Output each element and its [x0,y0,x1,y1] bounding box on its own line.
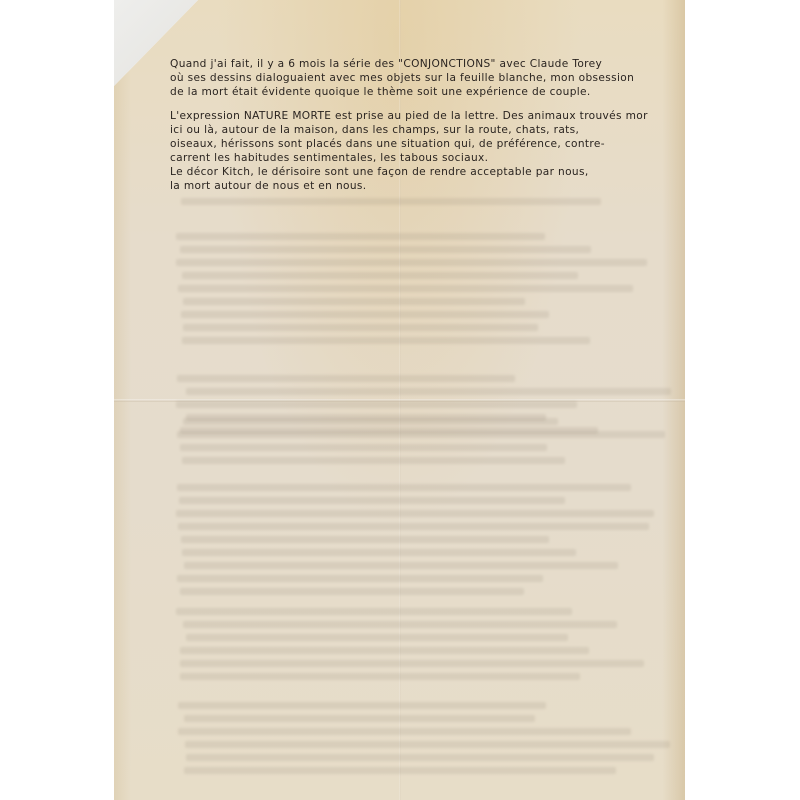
paragraph-2: L'expression NATURE MORTE est prise au p… [170,109,690,193]
text-line: Quand j'ai fait, il y a 6 mois la série … [170,57,690,71]
show-through-line [177,484,631,491]
show-through-line [176,401,577,408]
show-through-line [176,510,654,517]
show-through-line [176,608,572,615]
text-line: où ses dessins dialoguaient avec mes obj… [170,71,690,85]
show-through-line [186,388,671,395]
show-through-line [178,285,633,292]
show-through-line [179,497,565,504]
show-through-line [185,741,670,748]
show-through-line [183,324,538,331]
show-through-line [180,660,644,667]
show-through-line [180,588,524,595]
text-line: L'expression NATURE MORTE est prise au p… [170,109,690,123]
text-line: ici ou là, autour de la maison, dans les… [170,123,690,137]
text-line: carrent les habitudes sentimentales, les… [170,151,690,165]
show-through-line [176,259,647,266]
paragraph-1: Quand j'ai fait, il y a 6 mois la série … [170,57,690,99]
show-through-line [180,444,547,451]
show-through-line [183,298,525,305]
show-through-line [182,337,590,344]
show-through-line [176,233,545,240]
show-through-line [178,728,631,735]
show-through-line [186,754,654,761]
show-through-line [182,457,565,464]
show-through-line [177,575,543,582]
show-through-line [183,418,558,425]
show-through-line [178,523,649,530]
show-through-line [181,536,549,543]
show-through-line [184,767,616,774]
show-through-line [180,673,580,680]
text-line: de la mort était évidente quoique le thè… [170,85,690,99]
show-through-line [182,549,576,556]
letter-body: Quand j'ai fait, il y a 6 mois la série … [170,57,690,193]
show-through-line [178,702,546,709]
show-through-line [180,647,589,654]
show-through-line [181,198,601,205]
show-through-line [177,431,665,438]
show-through-line [182,272,578,279]
text-line: Le décor Kitch, le dérisoire sont une fa… [170,165,690,179]
text-line: la mort autour de nous et en nous. [170,179,690,193]
show-through-line [181,311,549,318]
text-line: oiseaux, hérissons sont placés dans une … [170,137,690,151]
show-through-line [180,246,591,253]
show-through-line [186,634,568,641]
show-through-line [184,562,618,569]
show-through-line [177,375,515,382]
show-through-line [183,621,617,628]
show-through-line [184,715,535,722]
